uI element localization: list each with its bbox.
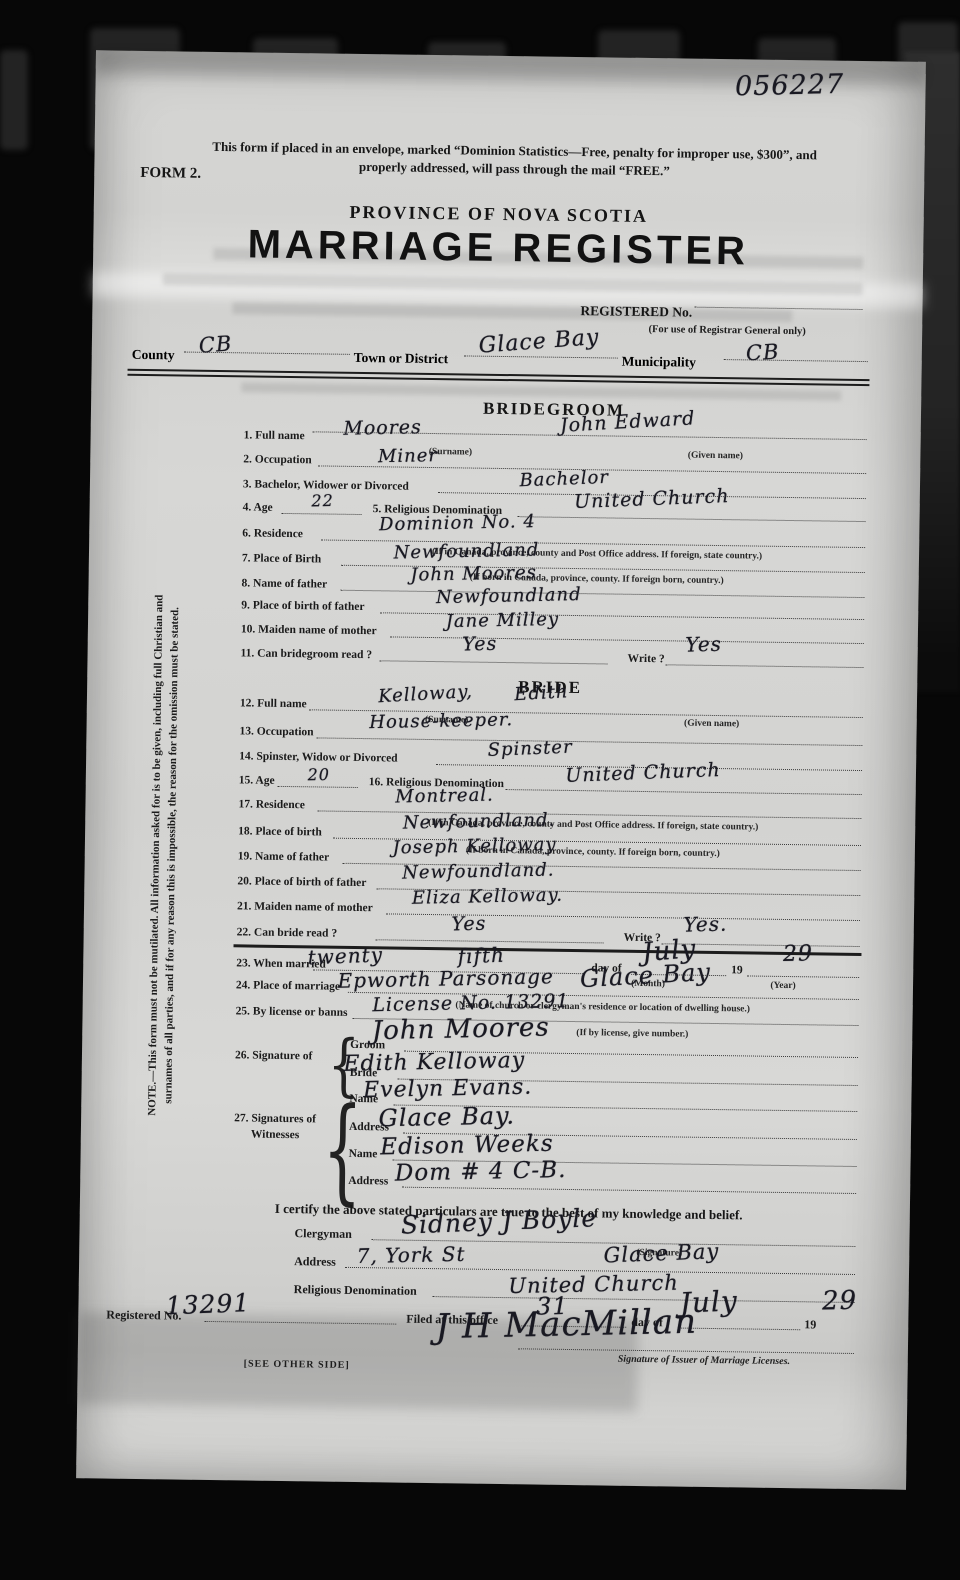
br-age-label: 15. Age xyxy=(239,774,275,788)
filed-year-handwriting: 29 xyxy=(822,1286,858,1317)
page-title: MARRIAGE REGISTER xyxy=(188,222,809,276)
br-father-handwriting: Joseph Kelloway xyxy=(392,834,556,858)
bg-residence-label: 6. Residence xyxy=(242,527,303,542)
dotted-line xyxy=(747,973,859,978)
br-father-birthplace-label: 20. Place of birth of father xyxy=(237,875,366,891)
br-mother-label: 21. Maiden name of mother xyxy=(237,900,373,916)
bg-father-label: 8. Name of father xyxy=(241,577,327,592)
bg-birthplace-handwriting: Newfoundland xyxy=(393,539,539,563)
registered-no-label: REGISTERED No. xyxy=(580,303,692,321)
br-birthplace-handwriting: Newfoundland. xyxy=(403,809,556,833)
bg-birthplace-caption: (If born in Canada, province, county. If… xyxy=(329,571,865,589)
license-caption: (If by license, give number.) xyxy=(522,1027,742,1041)
witness2-name-handwriting: Edison Weeks xyxy=(380,1131,554,1161)
witness1-address-handwriting: Glace Bay. xyxy=(378,1101,515,1132)
margin-note: NOTE.—This form must not be mutilated. A… xyxy=(144,531,184,1179)
bg-surname-handwriting: Moores xyxy=(343,416,422,440)
bride-signature-handwriting: Edith Kelloway xyxy=(343,1048,525,1077)
issuer-caption: Signature of Issuer of Marriage Licenses… xyxy=(618,1354,790,1367)
signature-of-label: 26. Signature of xyxy=(235,1049,313,1064)
bg-mother-handwriting: Jane Milley xyxy=(445,609,559,632)
when-day-word1-handwriting: twenty xyxy=(307,942,383,969)
given-name-caption: (Given name) xyxy=(640,450,790,463)
br-father-birthplace-handwriting: Newfoundland. xyxy=(402,859,555,883)
issuer-signature-handwriting: J H MacMillan xyxy=(435,1302,697,1347)
dotted-line xyxy=(278,784,358,788)
cert-religion-label: Religious Denomination xyxy=(294,1282,417,1298)
film-sprocket-mark xyxy=(0,50,28,150)
bg-father-birthplace-handwriting: Newfoundland xyxy=(436,584,582,608)
handwritten-county: CB xyxy=(198,331,233,357)
br-occupation-label: 13. Occupation xyxy=(239,725,313,740)
witness2-name-label: Name xyxy=(349,1148,378,1162)
bg-father-birthplace-label: 9. Place of birth of father xyxy=(241,599,364,615)
bg-religion-handwriting: United Church xyxy=(574,485,730,513)
dotted-line xyxy=(518,514,866,522)
witnesses-label-line1: 27. Signatures of xyxy=(234,1112,316,1127)
registered-no-handwriting: 13291 xyxy=(165,1288,251,1320)
dotted-line xyxy=(316,735,862,746)
dotted-line xyxy=(665,662,863,668)
registrar-note: (For use of Registrar General only) xyxy=(587,323,867,338)
bg-occupation-handwriting: Miner xyxy=(378,445,438,467)
bg-mother-label: 10. Maiden name of mother xyxy=(241,623,377,639)
bg-write-label: Write ? xyxy=(627,653,664,667)
marriage-register-form: 056227 This form if placed in an envelop… xyxy=(76,50,926,1489)
dotted-line xyxy=(340,588,864,598)
br-read-handwriting: Yes xyxy=(451,913,486,936)
year-prefix: 19 xyxy=(731,964,743,978)
bg-occupation-label: 2. Occupation xyxy=(243,453,312,468)
clergyman-label: Clergyman xyxy=(294,1226,352,1241)
section-title-bridegroom: BRIDEGROOM xyxy=(241,396,867,423)
br-read-label: 22. Can bride read ? xyxy=(237,926,338,941)
county-label: County xyxy=(132,347,175,364)
place-handwriting: Epworth Parsonage xyxy=(337,964,554,993)
given-name-caption: (Given name) xyxy=(637,718,787,731)
br-birthplace-label: 18. Place of birth xyxy=(238,825,322,840)
place-of-marriage-label: 24. Place of marriage xyxy=(236,979,340,994)
dotted-line xyxy=(380,658,608,664)
license-label: 25. By license or banns xyxy=(235,1005,347,1020)
see-other-side: [SEE OTHER SIDE] xyxy=(244,1358,350,1370)
bg-age-label: 4. Age xyxy=(243,501,273,515)
year-handwriting: 29 xyxy=(783,941,814,967)
br-occupation-handwriting: House-keeper. xyxy=(369,709,513,733)
bg-father-handwriting: John Moores xyxy=(410,562,537,586)
clergyman-address2-handwriting: Glace Bay xyxy=(603,1239,720,1267)
clergyman-address-handwriting: 7, York St xyxy=(357,1242,466,1268)
clergyman-signature-handwriting: Sidney J Boyle xyxy=(400,1203,597,1240)
cert-religion-handwriting: United Church xyxy=(508,1271,679,1299)
groom-signature-handwriting: John Moores xyxy=(372,1013,551,1047)
witness1-name-handwriting: Evelyn Evans. xyxy=(363,1075,533,1104)
br-full-name-label: 12. Full name xyxy=(240,697,307,712)
witness2-address-handwriting: Dom # 4 C-B. xyxy=(395,1157,567,1187)
br-residence-label: 17. Residence xyxy=(238,798,305,813)
municipality-label: Municipality xyxy=(622,354,696,371)
bg-birthplace-label: 7. Place of Birth xyxy=(242,552,321,567)
dotted-line xyxy=(506,787,862,795)
br-surname-handwriting: Kelloway, xyxy=(378,681,474,707)
form-number-label: FORM 2. xyxy=(140,165,201,183)
town-label: Town or District xyxy=(354,350,449,367)
br-father-label: 19. Name of father xyxy=(238,850,330,865)
dotted-line xyxy=(402,1185,856,1194)
year-caption: (Year) xyxy=(743,980,823,992)
clergyman-address-label: Address xyxy=(294,1254,336,1269)
handwritten-town: Glace Bay xyxy=(478,325,600,359)
witnesses-label-line2: Witnesses xyxy=(251,1129,300,1143)
br-given-handwriting: Edith xyxy=(514,681,569,705)
handwritten-municipality: CB xyxy=(745,340,780,366)
dotted-line xyxy=(433,1294,855,1303)
handwritten-film-number: 056227 xyxy=(735,69,845,102)
bg-residence-handwriting: Dominion No. 4 xyxy=(379,511,536,535)
bg-read-handwriting: Yes xyxy=(462,633,497,656)
bg-status-handwriting: Bachelor xyxy=(519,467,609,491)
bg-age-handwriting: 22 xyxy=(311,491,334,510)
br-mother-handwriting: Eliza Kelloway. xyxy=(412,885,564,909)
br-status-handwriting: Spinster xyxy=(487,737,573,761)
filed-year-prefix: 19 xyxy=(804,1317,816,1332)
br-status-label: 14. Spinster, Widow or Divorced xyxy=(239,750,398,766)
br-age-handwriting: 20 xyxy=(307,765,330,784)
bg-write-handwriting: Yes xyxy=(685,632,722,657)
bg-read-label: 11. Can bridegroom read ? xyxy=(240,647,372,663)
witness2-address-label: Address xyxy=(348,1175,388,1189)
dotted-line xyxy=(282,511,362,515)
br-residence-handwriting: Montreal. xyxy=(395,784,494,807)
microfilm-frame: 056227 This form if placed in an envelop… xyxy=(0,0,960,1580)
br-write-handwriting: Yes. xyxy=(683,912,727,937)
bg-full-name-label: 1. Full name xyxy=(244,429,305,444)
dotted-line xyxy=(390,634,864,644)
br-religion-handwriting: United Church xyxy=(565,759,721,787)
